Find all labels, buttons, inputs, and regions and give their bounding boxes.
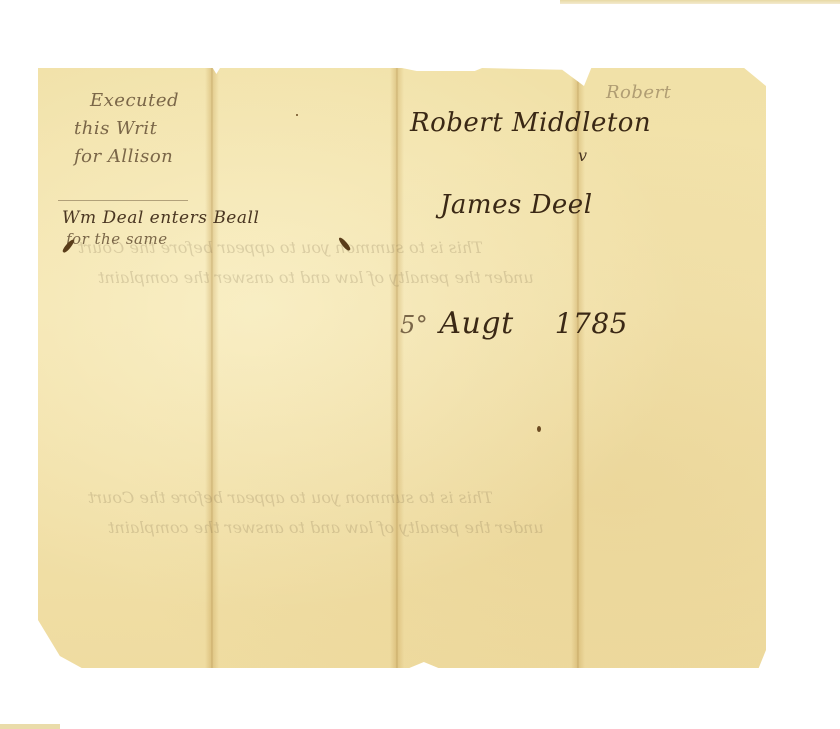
separator-rule — [58, 200, 188, 201]
adjacent-paper-edge-bottom — [0, 724, 60, 729]
document-sheet: This is to summon you to appear before t… — [38, 68, 766, 668]
bail-note-line-2: for the same — [66, 230, 168, 248]
executed-text: Executed — [90, 90, 179, 111]
bail-note-line-1: Wm Deal enters Beall — [62, 208, 259, 228]
faint-header-text: Robert — [606, 82, 671, 103]
date-line: 5° Augt 1785 — [400, 306, 628, 341]
date-day: 5° — [400, 311, 428, 339]
ink-spot — [537, 426, 541, 432]
fold-line-1 — [205, 68, 219, 668]
bleed-through-line-4: under the penalty of law and to answer t… — [108, 518, 544, 537]
date-year: 1785 — [555, 307, 628, 340]
fold-line-2 — [390, 68, 404, 668]
defendant-name: James Deel — [440, 190, 593, 220]
this-writ-text: this Writ — [74, 118, 157, 139]
plaintiff-name: Robert Middleton — [410, 108, 651, 138]
bleed-through-line-2: under the penalty of law and to answer t… — [98, 268, 534, 287]
bleed-through-line-3: This is to summon you to appear before t… — [88, 488, 493, 507]
date-month: Augt — [439, 306, 513, 341]
ink-speck — [296, 114, 298, 116]
for-allison-text: for Allison — [74, 146, 173, 167]
versus-text: v — [578, 146, 588, 165]
adjacent-paper-edge-top — [560, 0, 840, 4]
